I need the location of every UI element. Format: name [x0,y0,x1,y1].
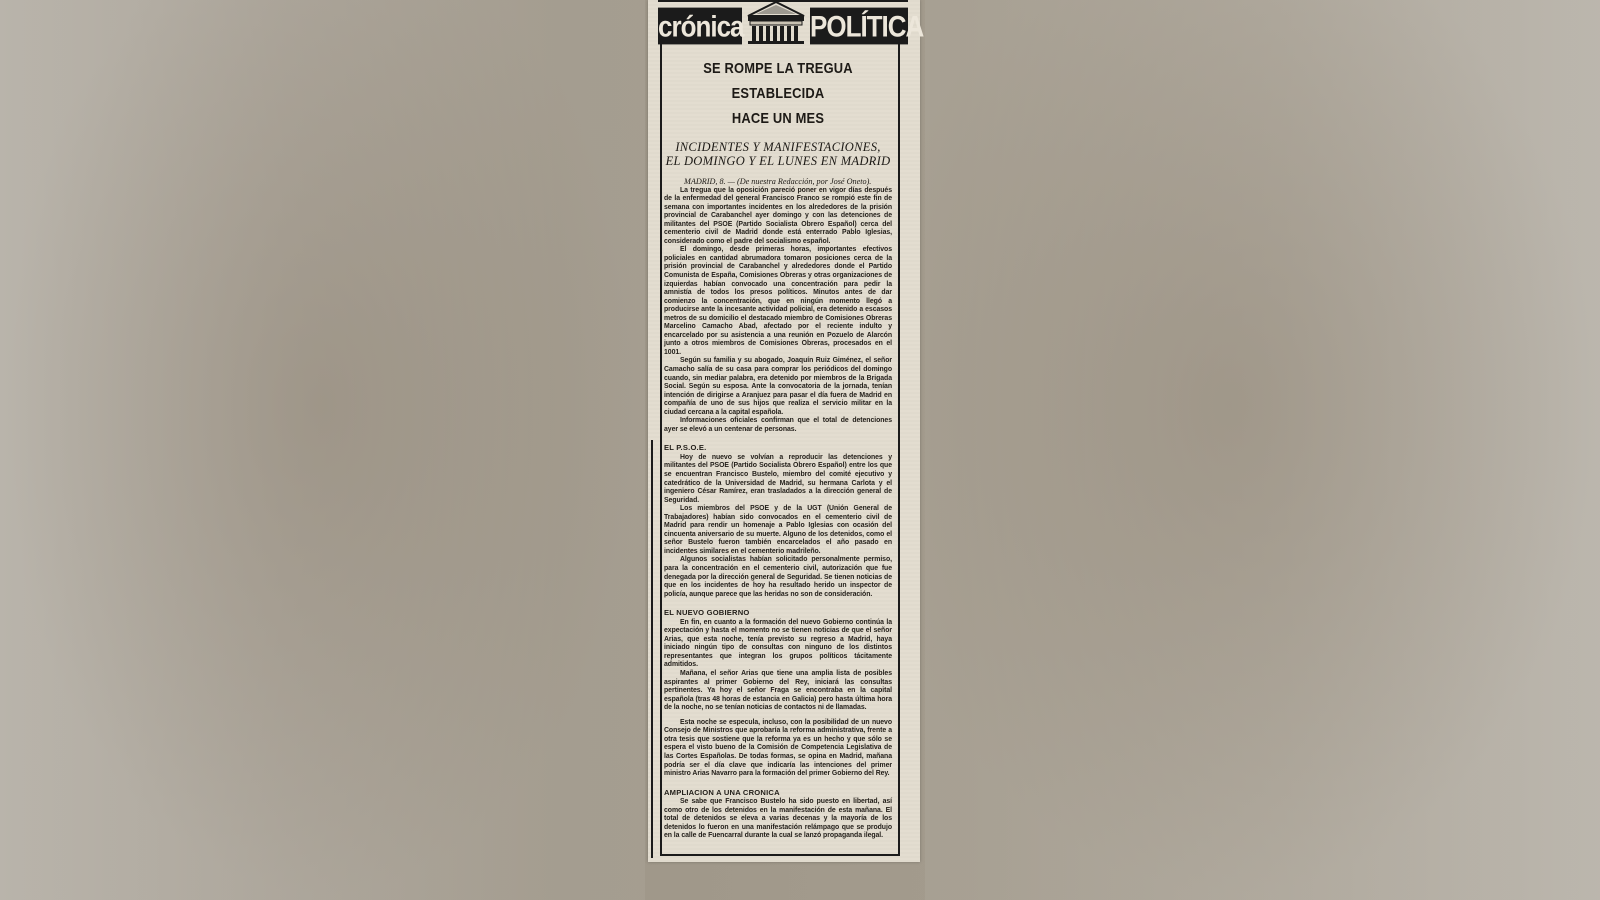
newspaper-clipping: crónica POLÍTICA SE ROMPE LA TREGUA ESTA… [648,0,920,862]
headline-line-2: HACE UN MES [666,106,890,131]
section-title-nuevo-gobierno: EL NUEVO GOBIERNO [664,609,892,618]
paragraph: Se sabe que Francisco Bustelo ha sido pu… [664,798,892,841]
dateline: MADRID, 8. — (De nuestra Redacción, por … [664,177,892,187]
masthead-right-word: POLÍTICA [810,8,908,45]
section-title-psoe: EL P.S.O.E. [664,444,892,453]
article: SE ROMPE LA TREGUA ESTABLECIDA HACE UN M… [664,56,892,841]
subhead-line-1: INCIDENTES Y MANIFESTACIONES, [664,140,892,154]
paragraph: Mañana, el señor Arias que tiene una amp… [664,670,892,713]
masthead: crónica POLÍTICA [658,8,908,44]
article-body: La tregua que la oposición pareció poner… [664,187,892,841]
paragraph: Esta noche se especula, incluso, con la … [664,719,892,779]
paragraph: El domingo, desde primeras horas, import… [664,246,892,357]
paragraph: Los miembros del PSOE y de la UGT (Unión… [664,505,892,556]
paragraph: En fin, en cuanto a la formación del nue… [664,619,892,670]
masthead-left-word: crónica [658,8,742,45]
paragraph: Algunos socialistas habían solicitado pe… [664,556,892,599]
blurred-background-right [925,0,1600,900]
headline-line-1: SE ROMPE LA TREGUA ESTABLECIDA [666,56,890,106]
congress-building-icon [744,0,808,44]
paragraph: La tregua que la oposición pareció poner… [664,187,892,247]
headline: SE ROMPE LA TREGUA ESTABLECIDA HACE UN M… [666,56,890,131]
paragraph: Informaciones oficiales confirman que el… [664,417,892,434]
column-rule [651,440,653,858]
section-title-ampliacion: AMPLIACION A UNA CRONICA [664,789,892,798]
paragraph: Según su familia y su abogado, Joaquín R… [664,357,892,417]
blurred-background-left [0,0,645,900]
subhead-line-2: EL DOMINGO Y EL LUNES EN MADRID [664,154,892,168]
paragraph: Hoy de nuevo se volvían a reproducir las… [664,454,892,505]
subheadline: INCIDENTES Y MANIFESTACIONES, EL DOMINGO… [664,140,892,168]
